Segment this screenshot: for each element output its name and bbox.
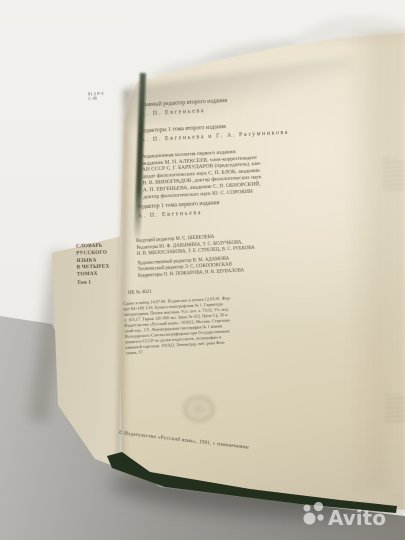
library-stamp: [184, 396, 214, 422]
margin-title: СЛОВАРЬ РУССКОГО ЯЗЫКА В ЧЕТЫРЕХ ТОМАХ Т…: [76, 242, 110, 286]
production-credits-block: Ведущий редактор М. С. ШЕВЕЛЕВА Редактор…: [136, 232, 256, 279]
editorial-board-block: Редакционная коллегия первого издания: а…: [141, 147, 263, 200]
showthrough-text: [383, 158, 405, 190]
avito-watermark: Avito: [292, 492, 404, 538]
volume-label: Том 1: [77, 279, 110, 287]
avito-wordmark: Avito: [328, 506, 386, 530]
showthrough-text: [385, 394, 405, 422]
library-code: 81.2 Р-4 С 48: [88, 91, 104, 101]
imprint-paragraph: Сдано в набор 14.07.80. Подписано в печа…: [123, 292, 291, 356]
open-book-photo: 81.2 Р-4 С 48 Главный редактор второго и…: [0, 0, 405, 540]
avito-logo-icon: [304, 502, 324, 525]
